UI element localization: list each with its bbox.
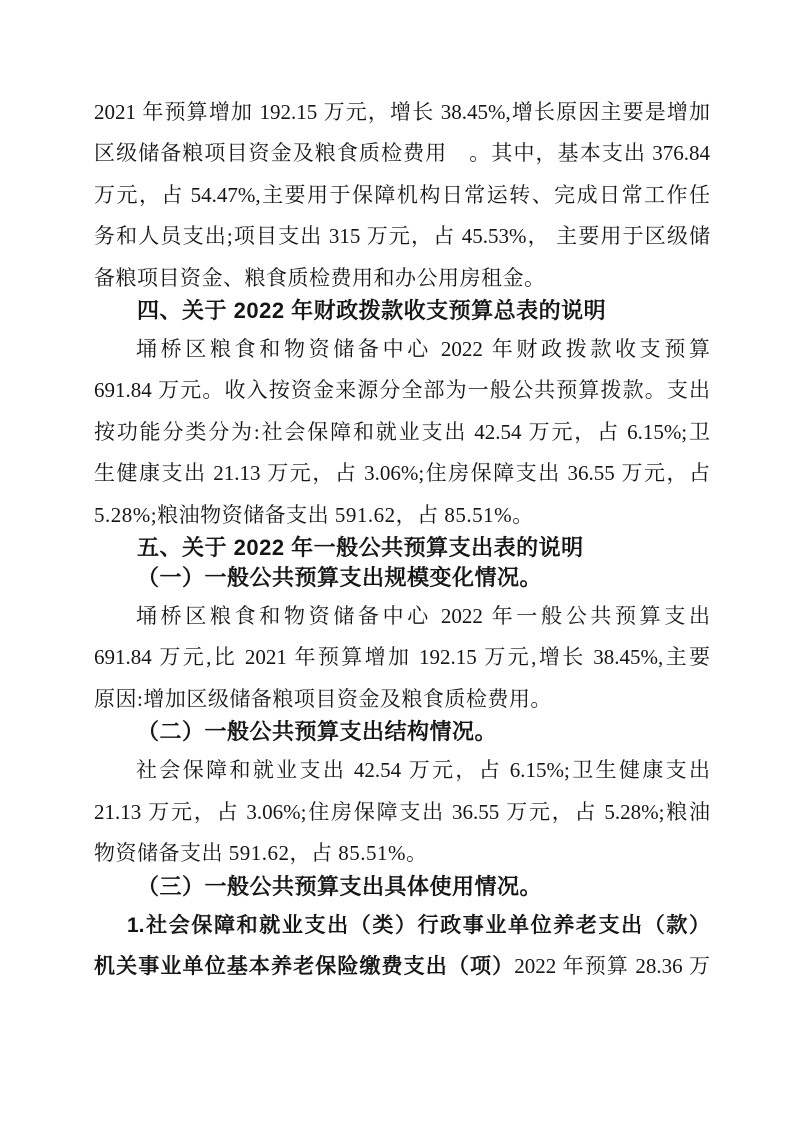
text-line: 万元，占 54.47%,主要用于保障机构日常运转、完成日常工作任 [94, 175, 710, 216]
paragraph: 2021 年预算增加 192.15 万元，增长 38.45%,增长原因主要是增加… [94, 92, 710, 299]
bold-text-segment: 1.社会保障和就业支出（类）行政事业单位养老支出（款） [127, 914, 710, 937]
text-line: 生健康支出 21.13 万元，占 3.06%;住房保障支出 36.55 万元，占 [94, 453, 710, 494]
sub-section-heading: （三）一般公共预算支出具体使用情况。 [94, 869, 710, 905]
text-line: 社会保障和就业支出 42.54 万元，占 6.15%;卫生健康支出 [94, 750, 710, 791]
sub-section-heading: （一）一般公共预算支出规模变化情况。 [94, 560, 710, 596]
text-line: 区级储备粮项目资金及粮食质检费用 。其中，基本支出 376.84 [94, 133, 710, 174]
text-line: 2021 年预算增加 192.15 万元，增长 38.45%,增长原因主要是增加 [94, 92, 710, 133]
paragraph: 社会保障和就业支出 42.54 万元，占 6.15%;卫生健康支出21.13 万… [94, 750, 710, 874]
text-segment: 2022 年预算 28.36 万 [514, 954, 710, 978]
text-line: 机关事业单位基本养老保险缴费支出（项）2022 年预算 28.36 万 [94, 946, 710, 987]
text-line: 691.84 万元。收入按资金来源分全部为一般公共预算拨款。支出 [94, 370, 710, 411]
sub-section-heading: （二）一般公共预算支出结构情况。 [94, 714, 710, 750]
text-line: 1.社会保障和就业支出（类）行政事业单位养老支出（款） [94, 905, 710, 946]
text-line: 埇桥区粮食和物资储备中心 2022 年财政拨款收支预算 [94, 329, 710, 370]
bold-text-segment: 机关事业单位基本养老保险缴费支出（项） [94, 955, 514, 978]
paragraph: 埇桥区粮食和物资储备中心 2022 年财政拨款收支预算691.84 万元。收入按… [94, 329, 710, 536]
paragraph: 埇桥区粮食和物资储备中心 2022 年一般公共预算支出691.84 万元,比 2… [94, 596, 710, 720]
text-line: 按功能分类分为:社会保障和就业支出 42.54 万元，占 6.15%;卫 [94, 412, 710, 453]
text-line: 务和人员支出;项目支出 315 万元，占 45.53%， 主要用于区级储 [94, 216, 710, 257]
text-content: 2021 年预算增加 192.15 万元，增长 38.45%,增长原因主要是增加… [94, 92, 710, 987]
text-line: 21.13 万元，占 3.06%;住房保障支出 36.55 万元，占 5.28%… [94, 792, 710, 833]
document-page: 2021 年预算增加 192.15 万元，增长 38.45%,增长原因主要是增加… [0, 0, 793, 1122]
text-line: 埇桥区粮食和物资储备中心 2022 年一般公共预算支出 [94, 596, 710, 637]
paragraph: 1.社会保障和就业支出（类）行政事业单位养老支出（款）机关事业单位基本养老保险缴… [94, 905, 710, 988]
text-line: 691.84 万元,比 2021 年预算增加 192.15 万元,增长 38.4… [94, 637, 710, 678]
section-heading: 四、关于 2022 年财政拨款收支预算总表的说明 [94, 293, 710, 329]
